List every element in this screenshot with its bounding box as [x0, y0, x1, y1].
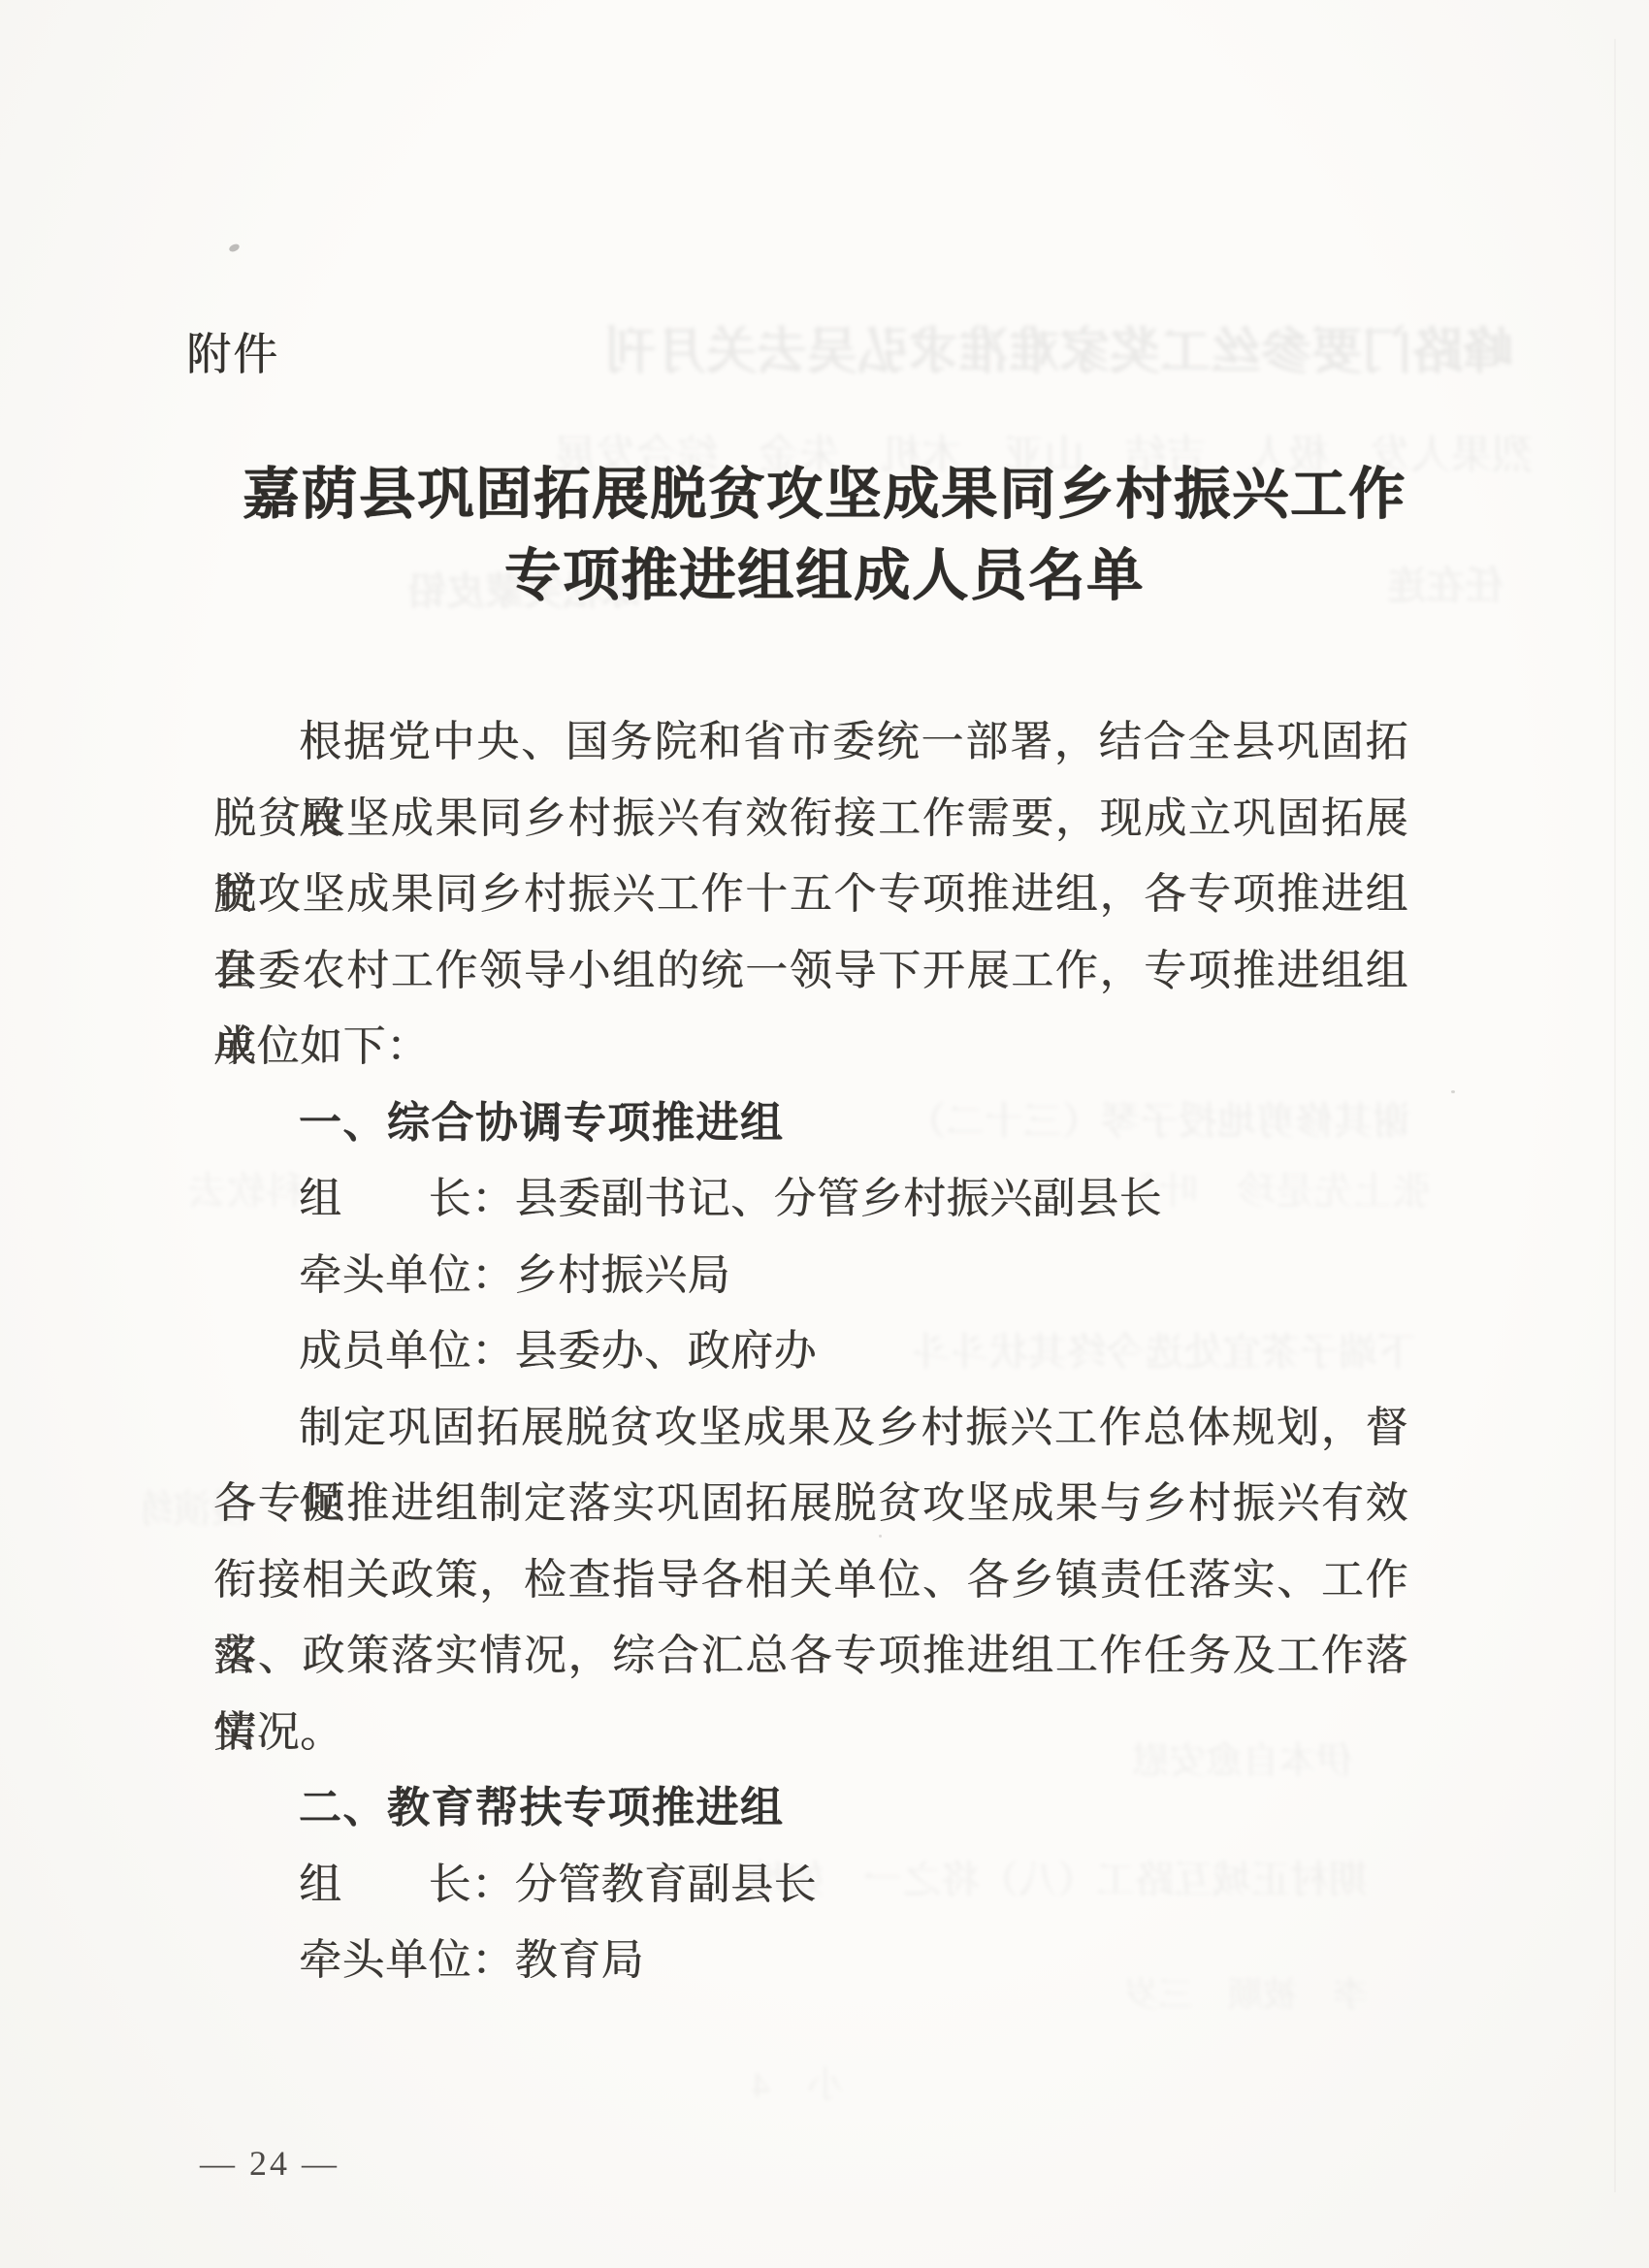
row-value: 分管教育副县长 [515, 1847, 818, 1924]
body-text-column: 根据党中央、国务院和省市委统一部署，结合全县巩固拓展 脱贫攻坚成果同乡村振兴有效… [213, 704, 1408, 1999]
scan-speck [1451, 1090, 1455, 1093]
duty-line: 制定巩固拓展脱贫攻坚成果及乡村振兴工作总体规划，督促 [213, 1390, 1408, 1467]
row-label: 牵头单位： [299, 1238, 515, 1314]
document-title-line-2: 专项推进组组成人员名单 [504, 544, 1145, 607]
attachment-label: 附件 [186, 326, 279, 384]
row-label: 组 长： [299, 1847, 515, 1924]
row-label: 组 长： [299, 1161, 515, 1238]
duty-line: 情况。 [213, 1695, 1408, 1771]
paragraph-line: 根据党中央、国务院和省市委统一部署，结合全县巩固拓展 [213, 704, 1408, 781]
row-value: 县委副书记、分管乡村振兴副县长 [515, 1161, 1163, 1238]
bleedthrough-text: 峰路门要参丝工奖家难准求弘吴去关月刊 [262, 310, 1513, 383]
row-value: 教育局 [515, 1923, 645, 1999]
row-value: 县委办、政府办 [515, 1313, 818, 1390]
section-heading-1: 一、综合协调专项推进组 [213, 1085, 1408, 1162]
paragraph-line: 脱贫攻坚成果同乡村振兴有效衔接工作需要，现成立巩固拓展脱 [213, 781, 1408, 858]
scan-edge-line [1614, 39, 1616, 2192]
leader-row: 组 长：分管教育副县长 [213, 1847, 1408, 1924]
duty-line: 衔接相关政策，检查指导各相关单位、各乡镇责任落实、工作落 [213, 1542, 1408, 1619]
document-title-line-1: 嘉荫县巩固拓展脱贫攻坚成果同乡村振兴工作 [242, 463, 1406, 526]
lead-unit-row: 牵头单位：教育局 [213, 1923, 1408, 1999]
document-title: 嘉荫县巩固拓展脱贫攻坚成果同乡村振兴工作 专项推进组组成人员名单 [0, 454, 1649, 617]
row-label: 牵头单位： [299, 1923, 515, 1999]
section-heading-2: 二、教育帮扶专项推进组 [213, 1770, 1408, 1847]
row-label: 成员单位： [299, 1313, 515, 1390]
duty-line: 各专项推进组制定落实巩固拓展脱贫攻坚成果与乡村振兴有效 [213, 1466, 1408, 1542]
lead-unit-row: 牵头单位：乡村振兴局 [213, 1238, 1408, 1314]
bleedthrough-text: 小 4 [611, 2055, 844, 2108]
paragraph-line: 单位如下： [213, 1009, 1408, 1085]
paragraph-line: 贫攻坚成果同乡村振兴工作十五个专项推进组，各专项推进组在 [213, 857, 1408, 933]
scanned-document-page: 峰路门要参丝工奖家难准求弘吴去关月刊 烈果人发 极人 吉结 山亚 木机 朱金 综… [0, 0, 1649, 2268]
duty-line: 实、政策落实情况，综合汇总各专项推进组工作任务及工作落实 [213, 1618, 1408, 1695]
page-number: — 24 — [200, 2142, 339, 2185]
paragraph-line: 县委农村工作领导小组的统一领导下开展工作，专项推进组组成 [213, 933, 1408, 1010]
leader-row: 组 长：县委副书记、分管乡村振兴副县长 [213, 1161, 1408, 1238]
scan-speck [879, 1535, 882, 1538]
scan-speck [228, 243, 241, 253]
row-value: 乡村振兴局 [515, 1238, 731, 1314]
member-unit-row: 成员单位：县委办、政府办 [213, 1313, 1408, 1390]
